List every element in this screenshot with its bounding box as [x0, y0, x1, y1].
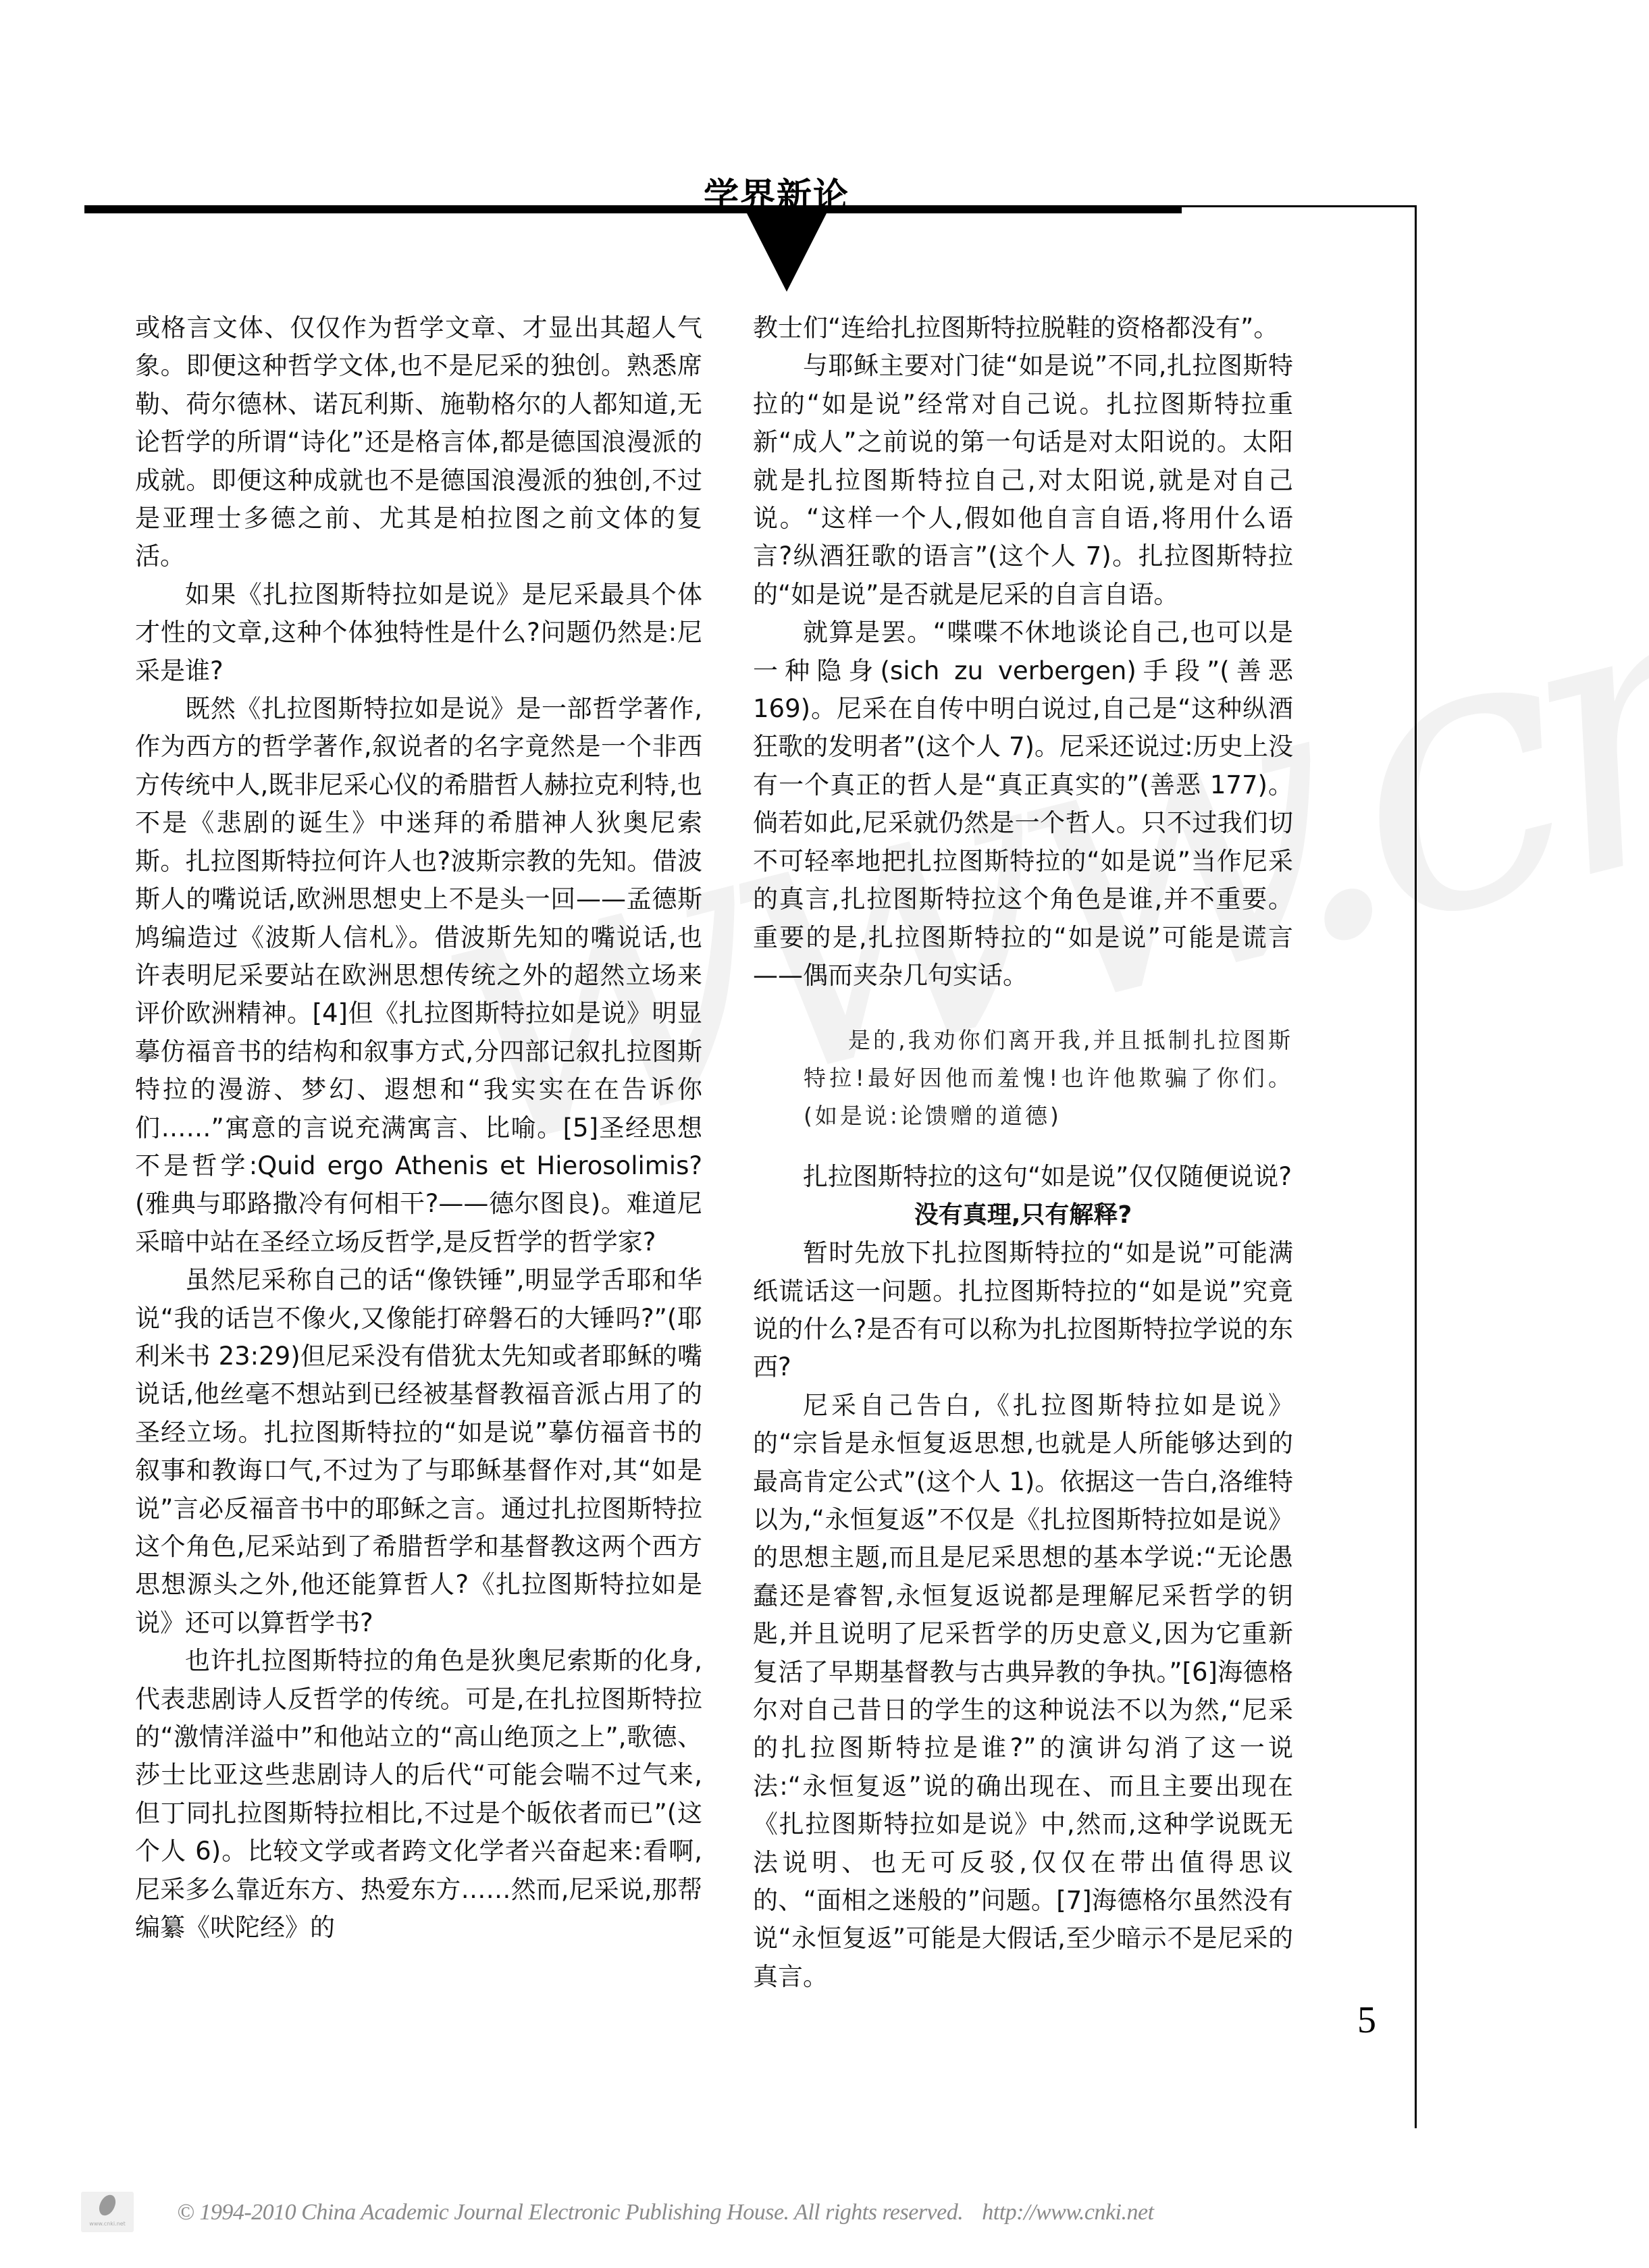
cnki-logo-icon: [97, 2193, 117, 2218]
paragraph: 暂时先放下扎拉图斯特拉的“如是说”可能满纸谎话这一问题。扎拉图斯特拉的“如是说”…: [753, 1234, 1293, 1387]
paragraph: 扎拉图斯特拉的这句“如是说”仅仅随便说说?: [753, 1158, 1293, 1196]
paragraph: 与耶稣主要对门徒“如是说”不同,扎拉图斯特拉的“如是说”经常对自己说。扎拉图斯特…: [753, 347, 1293, 614]
block-quote: 是的,我劝你们离开我,并且抵制扎拉图斯特拉!最好因他而羞愧!也许他欺骗了你们。(…: [753, 1022, 1293, 1135]
cnki-logo-caption: www.cnki.net: [82, 2221, 132, 2227]
paragraph: 尼采自己告白,《扎拉图斯特拉如是说》的“宗旨是永恒复返思想,也就是人所能够达到的…: [753, 1387, 1293, 1997]
footer-copyright: © 1994-2010 China Academic Journal Elect…: [177, 2200, 1154, 2225]
footer-url-link[interactable]: http://www.cnki.net: [982, 2200, 1153, 2225]
paragraph: 教士们“连给扎拉图斯特拉脱鞋的资格都没有”。: [753, 309, 1293, 347]
header-thick-rule: [84, 205, 1182, 213]
paragraph: 或格言文体、仅仅作为哲学文章、才显出其超人气象。即便这种哲学文体,也不是尼采的独…: [135, 309, 702, 576]
copyright-text: © 1994-2010 China Academic Journal Elect…: [177, 2200, 963, 2225]
right-margin-rule: [1415, 205, 1417, 2128]
left-column: 或格言文体、仅仅作为哲学文章、才显出其超人气象。即便这种哲学文体,也不是尼采的独…: [135, 309, 702, 1947]
right-column: 教士们“连给扎拉图斯特拉脱鞋的资格都没有”。 与耶稣主要对门徒“如是说”不同,扎…: [753, 309, 1293, 1996]
paragraph: 就算是罢。“喋喋不休地谈论自己,也可以是一种隐身(sich zu verberg…: [753, 614, 1293, 995]
header-thin-rule: [1182, 205, 1417, 207]
paragraph: 如果《扎拉图斯特拉如是说》是尼采最具个体才性的文章,这种个体独特性是什么?问题仍…: [135, 576, 702, 690]
cnki-logo[interactable]: www.cnki.net: [81, 2192, 134, 2232]
section-heading: 没有真理,只有解释?: [753, 1196, 1293, 1234]
header-triangle-marker: [746, 212, 827, 292]
paragraph: 虽然尼采称自己的话“像铁锤”,明显学舌耶和华说“我的话岂不像火,又像能打碎磐石的…: [135, 1261, 702, 1642]
paragraph: 也许扎拉图斯特拉的角色是狄奥尼索斯的化身,代表悲剧诗人反哲学的传统。可是,在扎拉…: [135, 1642, 702, 1947]
paragraph: 既然《扎拉图斯特拉如是说》是一部哲学著作,作为西方的哲学著作,叙说者的名字竟然是…: [135, 690, 702, 1261]
page-number: 5: [1357, 1999, 1376, 2042]
